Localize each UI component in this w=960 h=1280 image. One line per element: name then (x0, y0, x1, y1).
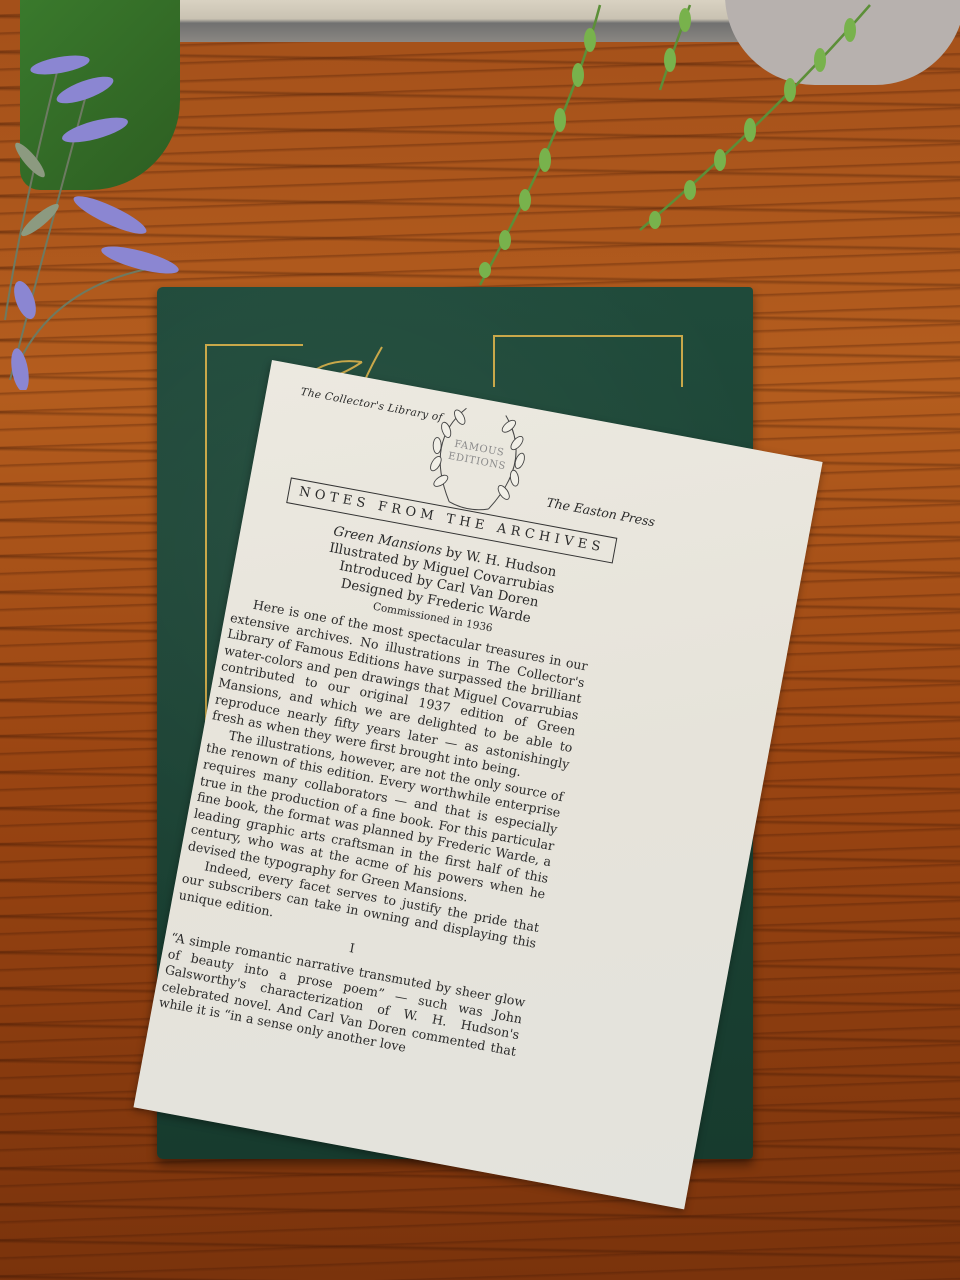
publisher-logo: The Easton Press (545, 495, 656, 530)
trailing-vine-icon (450, 0, 910, 300)
series-label: The Collector's Library of (300, 386, 444, 424)
gilt-border-right (493, 335, 683, 387)
body-text: Here is one of the most spectacular trea… (177, 593, 588, 969)
